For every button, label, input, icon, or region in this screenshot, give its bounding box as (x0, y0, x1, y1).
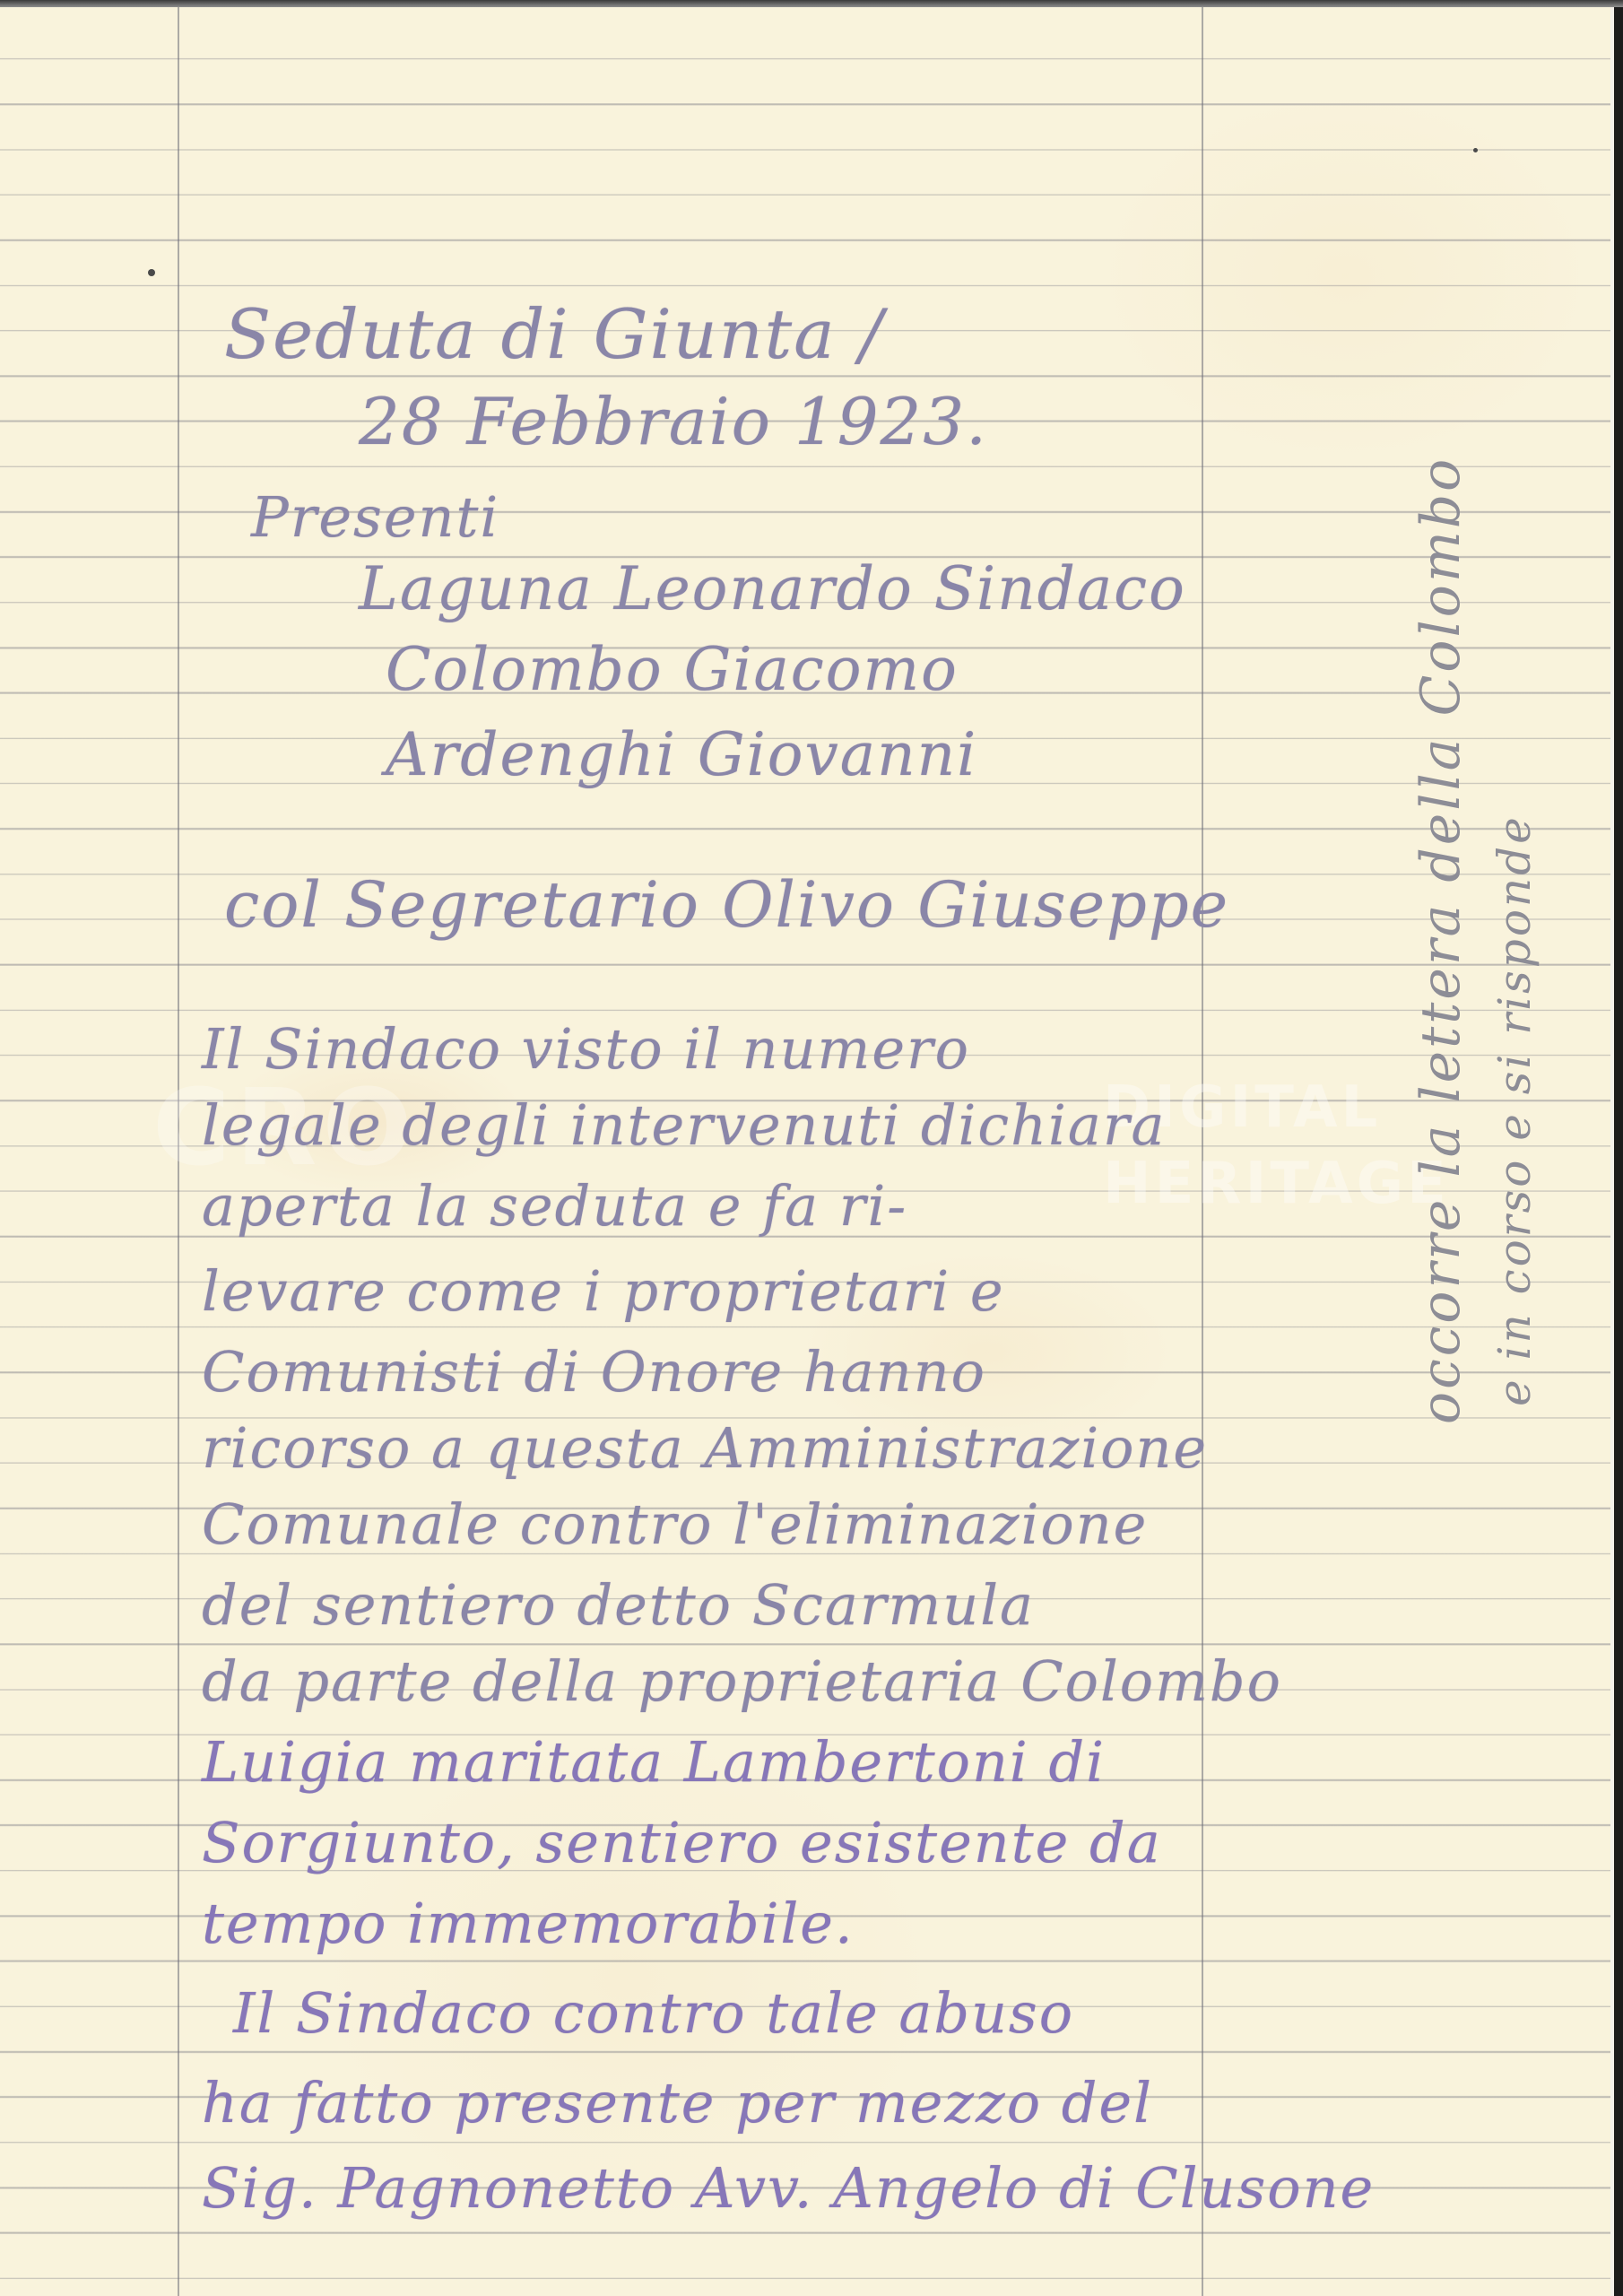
body-text-line: Il Sindaco contro tale abuso (233, 1980, 1074, 2046)
body-text-line: legale degli intervenuti dichiara (202, 1092, 1166, 1158)
session-date: 28 Febbraio 1923. (359, 384, 988, 459)
margin-annotation: occorre la lettera della Colombo (1410, 457, 1472, 1424)
ink-spot (148, 269, 155, 276)
secretary-line: col Segretario Olivo Giuseppe (224, 868, 1229, 942)
body-text-line: aperta la seduta e fa ri- (202, 1173, 907, 1239)
body-text-line: da parte della proprietaria Colombo (202, 1648, 1282, 1714)
session-title: Seduta di Giunta / (224, 294, 884, 374)
body-text-line: levare come i proprietari e (202, 1258, 1005, 1324)
attendee-name: Colombo Giacomo (386, 635, 959, 704)
body-text-line: Comunale contro l'eliminazione (202, 1492, 1148, 1557)
attendee-name: Ardenghi Giovanni (386, 720, 977, 789)
body-text-line: Sorgiunto, sentiero esistente da (202, 1810, 1162, 1875)
body-text-line: ricorso a questa Amministrazione (202, 1415, 1208, 1481)
body-text-line: ha fatto presente per mezzo del (202, 2070, 1153, 2135)
watermark-text: HERITAGE (1103, 1151, 1450, 1217)
attendee-name: Laguna Leonardo Sindaco (359, 554, 1186, 623)
margin-annotation: e in corso e si risponde (1488, 814, 1541, 1406)
body-text-line: Sig. Pagnonetto Avv. Angelo di Clusone (202, 2155, 1375, 2221)
ink-spot (1473, 148, 1478, 152)
scan-top-edge (0, 0, 1623, 7)
body-text-line: del sentiero detto Scarmula (202, 1572, 1035, 1638)
attendees-label: Presenti (251, 484, 499, 550)
body-text-line: Luigia maritata Lambertoni di (202, 1729, 1106, 1795)
document-page: CRO DIGITAL HERITAGE Seduta di Giunta / … (0, 7, 1614, 2296)
body-text-line: Il Sindaco visto il numero (202, 1016, 970, 1082)
body-text-line: Comunisti di Onore hanno (202, 1339, 986, 1405)
body-text-line: tempo immemorabile. (202, 1891, 855, 1956)
